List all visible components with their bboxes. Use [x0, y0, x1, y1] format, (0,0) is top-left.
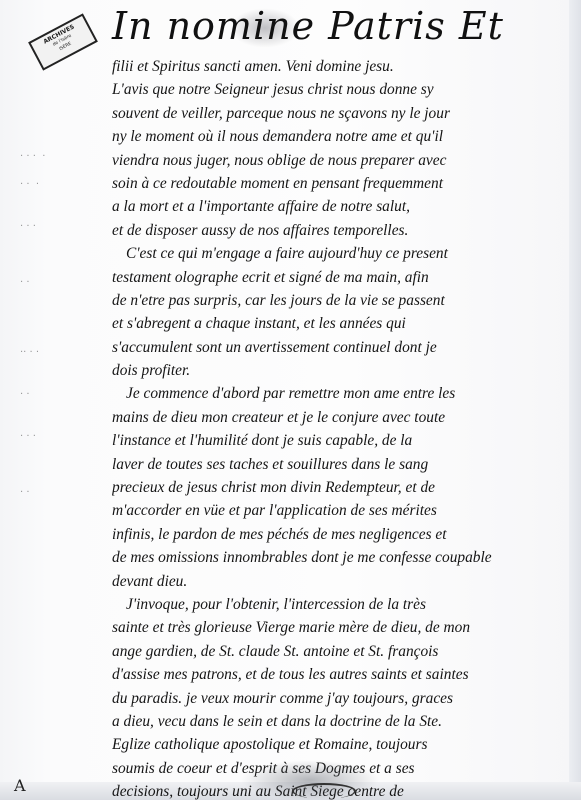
text-line: et de disposer aussy de nos affaires tem…: [112, 219, 564, 242]
page-edge-shadow: [569, 0, 581, 800]
text-line: du paradis. je veux mourir comme j'ay to…: [112, 687, 564, 710]
text-line: soin à ce redoutable moment en pensant f…: [112, 172, 564, 195]
text-line-paragraph-start: J'invoque, pour l'obtenir, l'intercessio…: [112, 593, 564, 616]
text-line: d'assise mes patrons, et de tous les aut…: [112, 663, 564, 686]
text-line: a dieu, vecu dans le sein et dans la doc…: [112, 710, 564, 733]
folio-mark: A: [14, 776, 26, 795]
text-line: et s'abregent a chaque instant, et les a…: [112, 312, 564, 335]
text-line: de mes omissions innombrables dont je me…: [112, 546, 564, 569]
text-line: ange gardien, de St. claude St. antoine …: [112, 640, 564, 663]
text-line: de n'etre pas surpris, car les jours de …: [112, 289, 564, 312]
text-line-paragraph-start: Je commence d'abord par remettre mon ame…: [112, 382, 564, 405]
text-line: devant dieu.: [112, 570, 564, 593]
manuscript-text: filii et Spiritus sancti amen. Veni domi…: [112, 55, 564, 800]
margin-marks: · · · ·· · ·· · ·· ··· · ·· ·· · ·· ·: [20, 150, 100, 710]
text-line: filii et Spiritus sancti amen. Veni domi…: [112, 55, 564, 78]
text-line: precieux de jesus christ mon divin Redem…: [112, 476, 564, 499]
text-line: Eglize catholique apostolique et Romaine…: [112, 733, 564, 756]
text-line: laver de toutes ses taches et souillures…: [112, 453, 564, 476]
text-line: sainte et très glorieuse Vierge marie mè…: [112, 616, 564, 639]
text-line: viendra nous juger, nous oblige de nous …: [112, 149, 564, 172]
manuscript-page: ARCHIVES de l'Isère ISÈRE In nomine Patr…: [0, 0, 581, 800]
text-line-paragraph-start: C'est ce qui m'engage a faire aujourd'hu…: [112, 242, 564, 265]
text-line: s'accumulent sont un avertissement conti…: [112, 336, 564, 359]
invocation-heading: In nomine Patris Et: [112, 2, 552, 50]
text-line: testament olographe ecrit et signé de ma…: [112, 266, 564, 289]
text-line: dois profiter.: [112, 359, 564, 382]
text-line: L'avis que notre Seigneur jesus christ n…: [112, 78, 564, 101]
archive-stamp: ARCHIVES de l'Isère ISÈRE: [28, 13, 98, 70]
text-line: m'accorder en vüe et par l'application d…: [112, 499, 564, 522]
text-line: souvent de veiller, parceque nous ne sça…: [112, 102, 564, 125]
text-line: l'instance et l'humilité dont je suis ca…: [112, 429, 564, 452]
flourish-mark: [292, 783, 356, 799]
text-line: infinis, le pardon de mes péchés de mes …: [112, 523, 564, 546]
text-line: ny le moment où il nous demandera notre …: [112, 125, 564, 148]
text-line: mains de dieu mon createur et je le conj…: [112, 406, 564, 429]
text-line: a la mort et a l'importante affaire de n…: [112, 195, 564, 218]
